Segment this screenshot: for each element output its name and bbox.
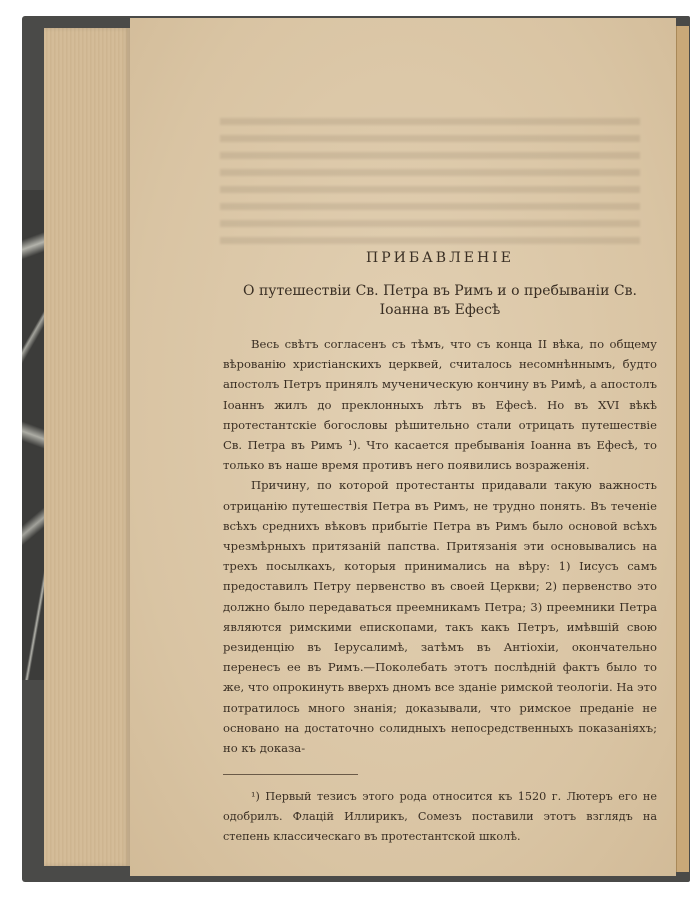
page-subtitle: О путешествіи Св. Петра въ Римъ и о преб…	[223, 282, 657, 320]
bleed-through-text	[220, 118, 640, 253]
page-edges-stack	[44, 28, 130, 866]
paragraph-1: Весь свѣтъ согласенъ съ тѣмъ, что съ кон…	[223, 334, 657, 475]
page-heading: ПРИБАВЛЕНІЕ	[223, 250, 657, 266]
marbled-board	[22, 190, 44, 680]
footnote: ¹) Первый тезисъ этого рода относится къ…	[223, 787, 657, 847]
page-text: ПРИБАВЛЕНІЕ О путешествіи Св. Петра въ Р…	[223, 250, 657, 847]
footnote-rule	[223, 774, 358, 775]
paragraph-2: Причину, по которой протестанты придавал…	[223, 475, 657, 758]
facing-page-edge	[676, 26, 689, 872]
